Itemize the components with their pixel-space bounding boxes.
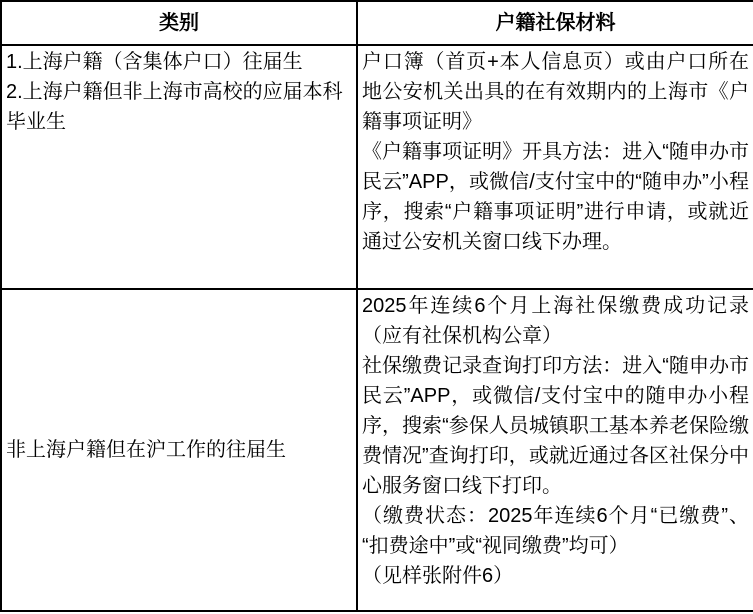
table-row-non-shanghai-hukou: 非上海户籍但在沪工作的往届生 2025年连续6个月上海社保缴费成功记录（应有社保… xyxy=(1,289,753,611)
category-line-2: 2.上海户籍但非上海市高校的应届本科毕业生 xyxy=(6,77,352,137)
materials-paragraph-ss-record: 2025年连续6个月上海社保缴费成功记录（应有社保机构公章） xyxy=(362,291,749,351)
materials-paragraph-hukou-howto: 《户籍事项证明》开具方法：进入“随申办市民云”APP，或微信/支付宝中的“随申办… xyxy=(362,137,749,257)
header-cell-materials: 户籍社保材料 xyxy=(357,1,753,45)
materials-cell-social-security: 2025年连续6个月上海社保缴费成功记录（应有社保机构公章） 社保缴费记录查询打… xyxy=(357,289,753,611)
category-line-1: 非上海户籍但在沪工作的往届生 xyxy=(6,435,352,465)
category-cell-non-shanghai-hukou: 非上海户籍但在沪工作的往届生 xyxy=(1,289,357,611)
header-cell-category: 类别 xyxy=(1,1,357,45)
materials-paragraph-hukou-booklet: 户口簿（首页+本人信息页）或由户口所在地公安机关出具的在有效期内的上海市《户籍事… xyxy=(362,47,749,137)
materials-cell-hukou-docs: 户口簿（首页+本人信息页）或由户口所在地公安机关出具的在有效期内的上海市《户籍事… xyxy=(357,45,753,289)
materials-paragraph-ss-status: （缴费状态：2025年连续6个月“已缴费”、“扣费途中”或“视同缴费”均可） xyxy=(362,501,749,561)
materials-paragraph-ss-howto: 社保缴费记录查询打印方法：进入“随申办市民云”APP，或微信/支付宝中的随申办小… xyxy=(362,351,749,501)
header-row: 类别 户籍社保材料 xyxy=(1,1,753,45)
table-row-shanghai-hukou: 1.上海户籍（含集体户口）往届生 2.上海户籍但非上海市高校的应届本科毕业生 户… xyxy=(1,45,753,289)
category-cell-shanghai-hukou: 1.上海户籍（含集体户口）往届生 2.上海户籍但非上海市高校的应届本科毕业生 xyxy=(1,45,357,289)
materials-paragraph-ss-sample: （见样张附件6） xyxy=(362,561,749,591)
category-line-1: 1.上海户籍（含集体户口）往届生 xyxy=(6,47,352,77)
materials-table: 类别 户籍社保材料 1.上海户籍（含集体户口）往届生 2.上海户籍但非上海市高校… xyxy=(0,0,753,612)
